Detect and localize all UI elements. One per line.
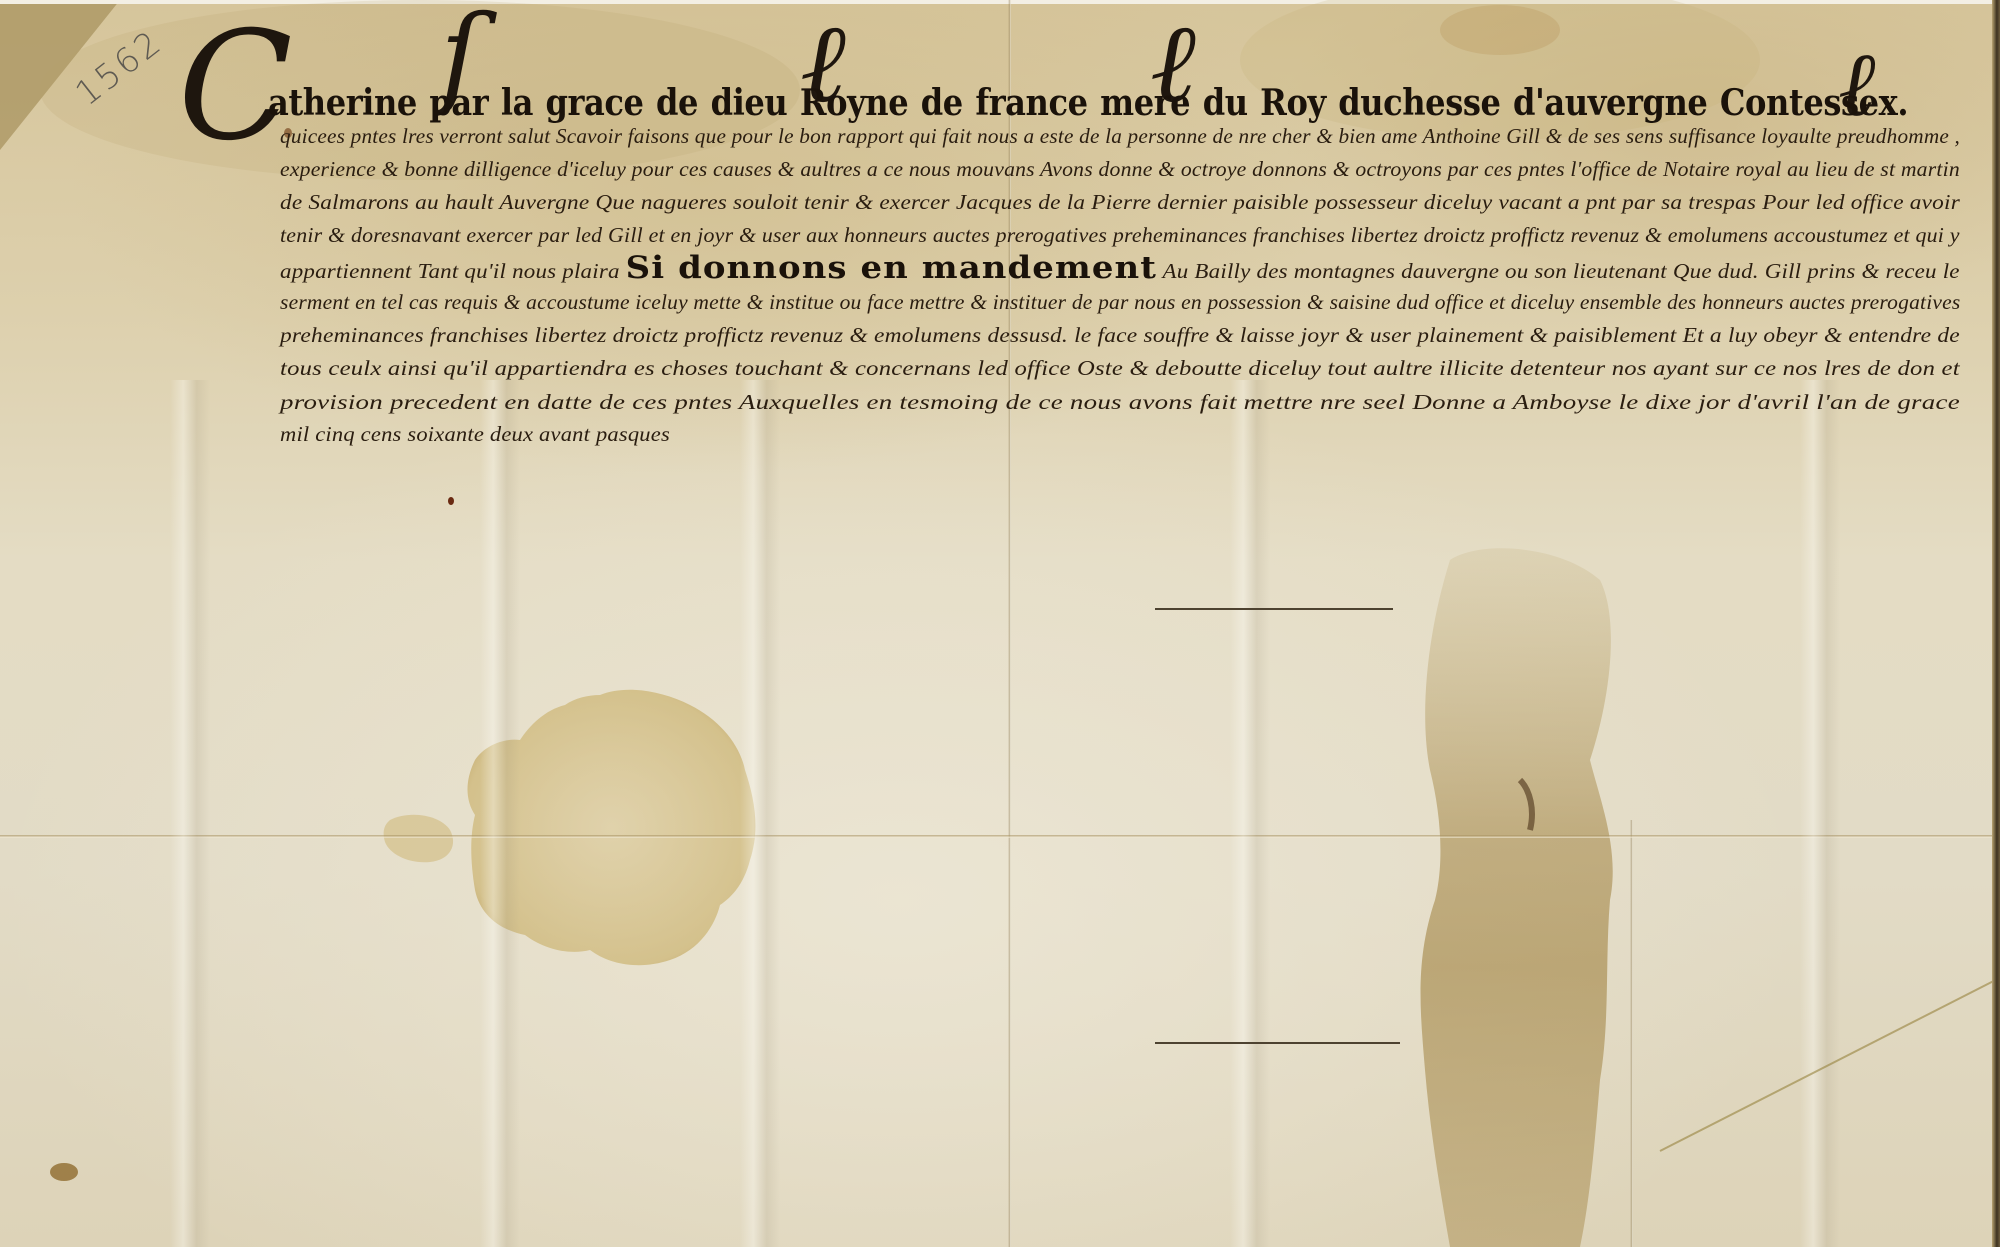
wrinkle <box>1800 380 1840 1247</box>
text-line-1: quicees pntes lres verront salut Scavoir… <box>280 124 1960 149</box>
text-line-9: provision precedent en datte de ces pnte… <box>280 390 1960 415</box>
wrinkle <box>170 380 210 1247</box>
vertical-stain <box>1421 548 1613 1247</box>
wrinkle <box>1230 380 1270 1247</box>
text-line-5-before: appartiennent Tant qu'il nous plaira <box>280 259 626 283</box>
vertical-fold <box>1008 0 1011 1247</box>
text-line-3: de Salmarons au hault Auvergne Que nague… <box>280 190 1960 215</box>
stain-layer <box>0 0 2000 1247</box>
text-line-6: serment en tel cas requis & accoustume i… <box>280 290 1960 315</box>
vertical-fold-right <box>1630 820 1633 1247</box>
heading-suffix: x. <box>1879 82 1908 124</box>
text-line-7: preheminances franchises libertez droict… <box>280 323 1960 348</box>
signature-line-upper <box>1155 608 1393 610</box>
mandate-phrase: Si donnons en mandement <box>626 250 1157 286</box>
text-line-5-after: Au Bailly des montagnes dauvergne ou son… <box>1157 259 1960 283</box>
text-line-2: experience & bonne dilligence d'iceluy p… <box>280 157 1960 182</box>
heading-text: atherine par la grace de dieu Royne de f… <box>268 82 1879 124</box>
signature-line-lower <box>1155 1042 1400 1044</box>
right-edge <box>1992 0 2000 1247</box>
text-line-10: mil cinq cens soixante deux avant pasque… <box>280 422 670 447</box>
text-line-8: tous ceulx ainsi qu'il appartiendra es c… <box>280 356 1960 381</box>
wrinkle <box>740 380 780 1247</box>
text-line-4: tenir & doresnavant exercer par led Gill… <box>280 223 1960 248</box>
text-line-5: appartiennent Tant qu'il nous plaira Si … <box>280 250 1960 286</box>
heading-line: atherine par la grace de dieu Royne de f… <box>268 82 1908 124</box>
foxing-spot <box>50 1163 78 1181</box>
ink-spot <box>448 497 454 505</box>
horizontal-fold <box>0 835 2000 838</box>
wrinkle <box>480 380 520 1247</box>
